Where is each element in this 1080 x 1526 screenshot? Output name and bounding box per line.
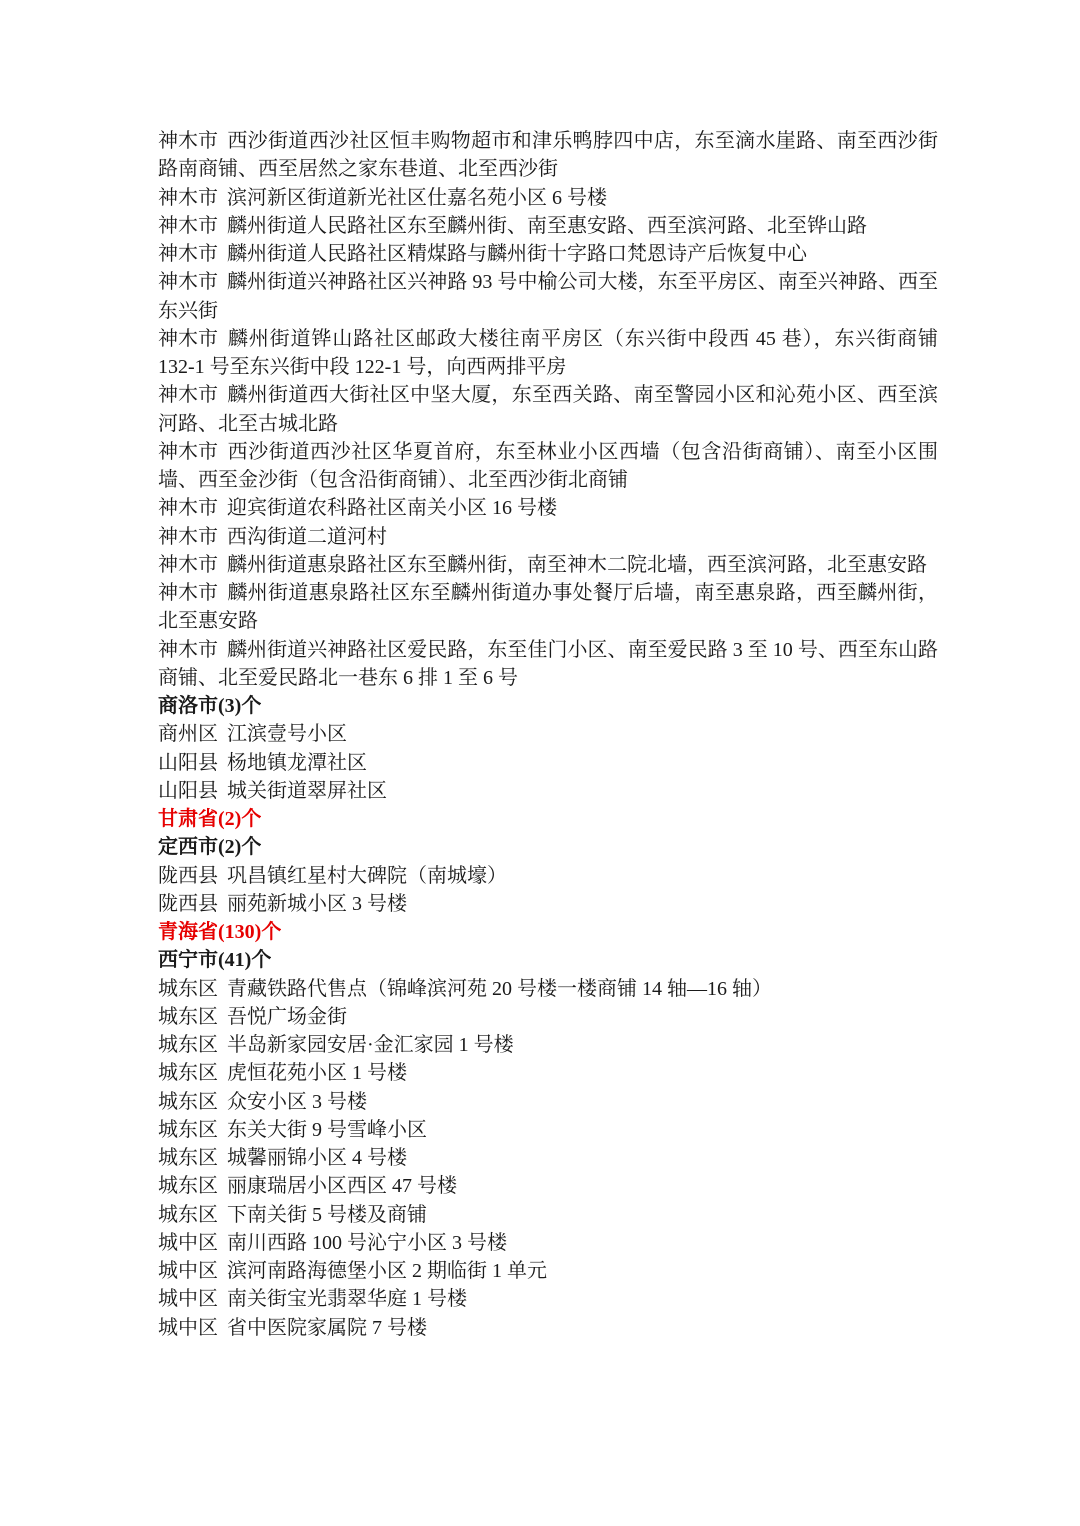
entry-text: 丽苑新城小区 3 号楼 [227,893,407,915]
entry-line: 神木市西沙街道西沙社区恒丰购物超市和津乐鸭脖四中店，东至滴水崖路、南至西沙街路南… [158,127,938,184]
document-page: 神木市西沙街道西沙社区恒丰购物超市和津乐鸭脖四中店，东至滴水崖路、南至西沙街路南… [0,0,1080,1526]
city-header: 西宁市(41)个 [158,946,938,974]
city-header: 商洛市(3)个 [158,692,938,720]
entry-line: 城东区半岛新家园安居·金汇家园 1 号楼 [158,1031,938,1059]
region-label: 神木市 [158,523,218,551]
entry-line: 神木市西沟街道二道河村 [158,523,938,551]
entry-line: 神木市麟州街道兴神路社区爱民路，东至佳门小区、南至爱民路 3 至 10 号、西至… [158,636,938,693]
region-label: 神木市 [158,325,218,353]
entry-line: 城东区吾悦广场金街 [158,1003,938,1031]
entry-line: 神木市麟州街道兴神路社区兴神路 93 号中榆公司大楼，东至平房区、南至兴神路、西… [158,268,938,325]
region-label: 神木市 [158,212,218,240]
entry-text: 江滨壹号小区 [227,723,347,745]
entry-text: 半岛新家园安居·金汇家园 1 号楼 [227,1034,514,1056]
entry-text: 麟州街道惠泉路社区东至麟州街道办事处餐厅后墙，南至惠泉路，西至麟州街，北至惠安路 [158,582,938,632]
entry-line: 陇西县丽苑新城小区 3 号楼 [158,890,938,918]
entry-text: 杨地镇龙潭社区 [227,752,367,774]
entry-text: 西沟街道二道河村 [227,526,387,548]
entry-line: 城中区省中医院家属院 7 号楼 [158,1314,938,1342]
entry-line: 神木市麟州街道惠泉路社区东至麟州街，南至神木二院北墙，西至滨河路，北至惠安路 [158,551,938,579]
entry-line: 山阳县城关街道翠屏社区 [158,777,938,805]
entry-line: 神木市麟州街道铧山路社区邮政大楼往南平房区（东兴街中段西 45 巷），东兴街商铺… [158,325,938,382]
region-label: 神木市 [158,268,218,296]
entry-text: 下南关街 5 号楼及商铺 [227,1204,427,1226]
entry-line: 城中区滨河南路海德堡小区 2 期临街 1 单元 [158,1257,938,1285]
region-label: 城中区 [158,1257,218,1285]
region-label: 城东区 [158,1059,218,1087]
region-label: 城中区 [158,1285,218,1313]
entry-line: 城东区城馨丽锦小区 4 号楼 [158,1144,938,1172]
region-label: 商州区 [158,720,218,748]
entry-line: 神木市麟州街道西大街社区中坚大厦，东至西关路、南至警园小区和沁苑小区、西至滨河路… [158,381,938,438]
entry-line: 城中区南川西路 100 号沁宁小区 3 号楼 [158,1229,938,1257]
entry-line: 城东区丽康瑞居小区西区 47 号楼 [158,1172,938,1200]
entry-text: 青藏铁路代售点（锦峰滨河苑 20 号楼一楼商铺 14 轴—16 轴） [227,978,772,1000]
entry-text: 迎宾街道农科路社区南关小区 16 号楼 [227,497,557,519]
entry-line: 城中区南关街宝光翡翠华庭 1 号楼 [158,1285,938,1313]
entry-line: 神木市麟州街道惠泉路社区东至麟州街道办事处餐厅后墙，南至惠泉路，西至麟州街，北至… [158,579,938,636]
region-label: 神木市 [158,438,218,466]
region-label: 城中区 [158,1314,218,1342]
region-label: 神木市 [158,127,218,155]
region-label: 山阳县 [158,777,218,805]
region-label: 陇西县 [158,862,218,890]
entry-text: 省中医院家属院 7 号楼 [227,1317,427,1339]
entry-text: 吾悦广场金街 [227,1006,347,1028]
region-label: 神木市 [158,494,218,522]
region-label: 城东区 [158,1172,218,1200]
entry-line: 神木市迎宾街道农科路社区南关小区 16 号楼 [158,494,938,522]
region-label: 神木市 [158,240,218,268]
entry-text: 西沙街道西沙社区华夏首府，东至林业小区西墙（包含沿街商铺）、南至小区围墙、西至金… [158,441,938,491]
entry-line: 商州区江滨壹号小区 [158,720,938,748]
entry-text: 南关街宝光翡翠华庭 1 号楼 [227,1288,467,1310]
entry-line: 城东区虎恒花苑小区 1 号楼 [158,1059,938,1087]
region-label: 山阳县 [158,749,218,777]
entry-line: 神木市麟州街道人民路社区东至麟州街、南至惠安路、西至滨河路、北至铧山路 [158,212,938,240]
region-label: 城东区 [158,1031,218,1059]
entry-text: 麟州街道人民路社区精煤路与麟州街十字路口梵恩诗产后恢复中心 [227,243,807,265]
entry-text: 东关大街 9 号雪峰小区 [227,1119,427,1141]
document-body: 神木市西沙街道西沙社区恒丰购物超市和津乐鸭脖四中店，东至滴水崖路、南至西沙街路南… [158,127,938,1342]
region-label: 城东区 [158,975,218,1003]
region-label: 城东区 [158,1088,218,1116]
entry-text: 巩昌镇红星村大碑院（南城壕） [227,865,507,887]
province-header: 青海省(130)个 [158,918,938,946]
entry-text: 滨河新区街道新光社区仕嘉名苑小区 6 号楼 [227,187,607,209]
entry-text: 麟州街道铧山路社区邮政大楼往南平房区（东兴街中段西 45 巷），东兴街商铺 13… [158,328,938,378]
entry-line: 城东区下南关街 5 号楼及商铺 [158,1201,938,1229]
province-header: 甘肃省(2)个 [158,805,938,833]
entry-text: 城馨丽锦小区 4 号楼 [227,1147,407,1169]
region-label: 城中区 [158,1229,218,1257]
region-label: 神木市 [158,381,218,409]
region-label: 城东区 [158,1201,218,1229]
entry-text: 麟州街道兴神路社区爱民路，东至佳门小区、南至爱民路 3 至 10 号、西至东山路… [158,639,938,689]
entry-line: 山阳县杨地镇龙潭社区 [158,749,938,777]
entry-line: 神木市麟州街道人民路社区精煤路与麟州街十字路口梵恩诗产后恢复中心 [158,240,938,268]
region-label: 神木市 [158,551,218,579]
region-label: 神木市 [158,636,218,664]
entry-text: 城关街道翠屏社区 [227,780,387,802]
entry-text: 麟州街道兴神路社区兴神路 93 号中榆公司大楼，东至平房区、南至兴神路、西至东兴… [158,271,938,321]
region-label: 城东区 [158,1116,218,1144]
entry-text: 滨河南路海德堡小区 2 期临街 1 单元 [227,1260,547,1282]
region-label: 神木市 [158,184,218,212]
region-label: 神木市 [158,579,218,607]
entry-text: 西沙街道西沙社区恒丰购物超市和津乐鸭脖四中店，东至滴水崖路、南至西沙街路南商铺、… [158,130,938,180]
entry-line: 神木市西沙街道西沙社区华夏首府，东至林业小区西墙（包含沿街商铺）、南至小区围墙、… [158,438,938,495]
entry-text: 麟州街道惠泉路社区东至麟州街，南至神木二院北墙，西至滨河路，北至惠安路 [227,554,927,576]
entry-text: 麟州街道人民路社区东至麟州街、南至惠安路、西至滨河路、北至铧山路 [227,215,867,237]
entry-line: 陇西县巩昌镇红星村大碑院（南城壕） [158,862,938,890]
entry-text: 虎恒花苑小区 1 号楼 [227,1062,407,1084]
entry-text: 众安小区 3 号楼 [227,1091,367,1113]
entry-line: 神木市滨河新区街道新光社区仕嘉名苑小区 6 号楼 [158,184,938,212]
entry-text: 丽康瑞居小区西区 47 号楼 [227,1175,457,1197]
entry-text: 麟州街道西大街社区中坚大厦，东至西关路、南至警园小区和沁苑小区、西至滨河路、北至… [158,384,938,434]
region-label: 陇西县 [158,890,218,918]
entry-text: 南川西路 100 号沁宁小区 3 号楼 [227,1232,507,1254]
entry-line: 城东区青藏铁路代售点（锦峰滨河苑 20 号楼一楼商铺 14 轴—16 轴） [158,975,938,1003]
region-label: 城东区 [158,1003,218,1031]
entry-line: 城东区东关大街 9 号雪峰小区 [158,1116,938,1144]
entry-line: 城东区众安小区 3 号楼 [158,1088,938,1116]
region-label: 城东区 [158,1144,218,1172]
city-header: 定西市(2)个 [158,833,938,861]
